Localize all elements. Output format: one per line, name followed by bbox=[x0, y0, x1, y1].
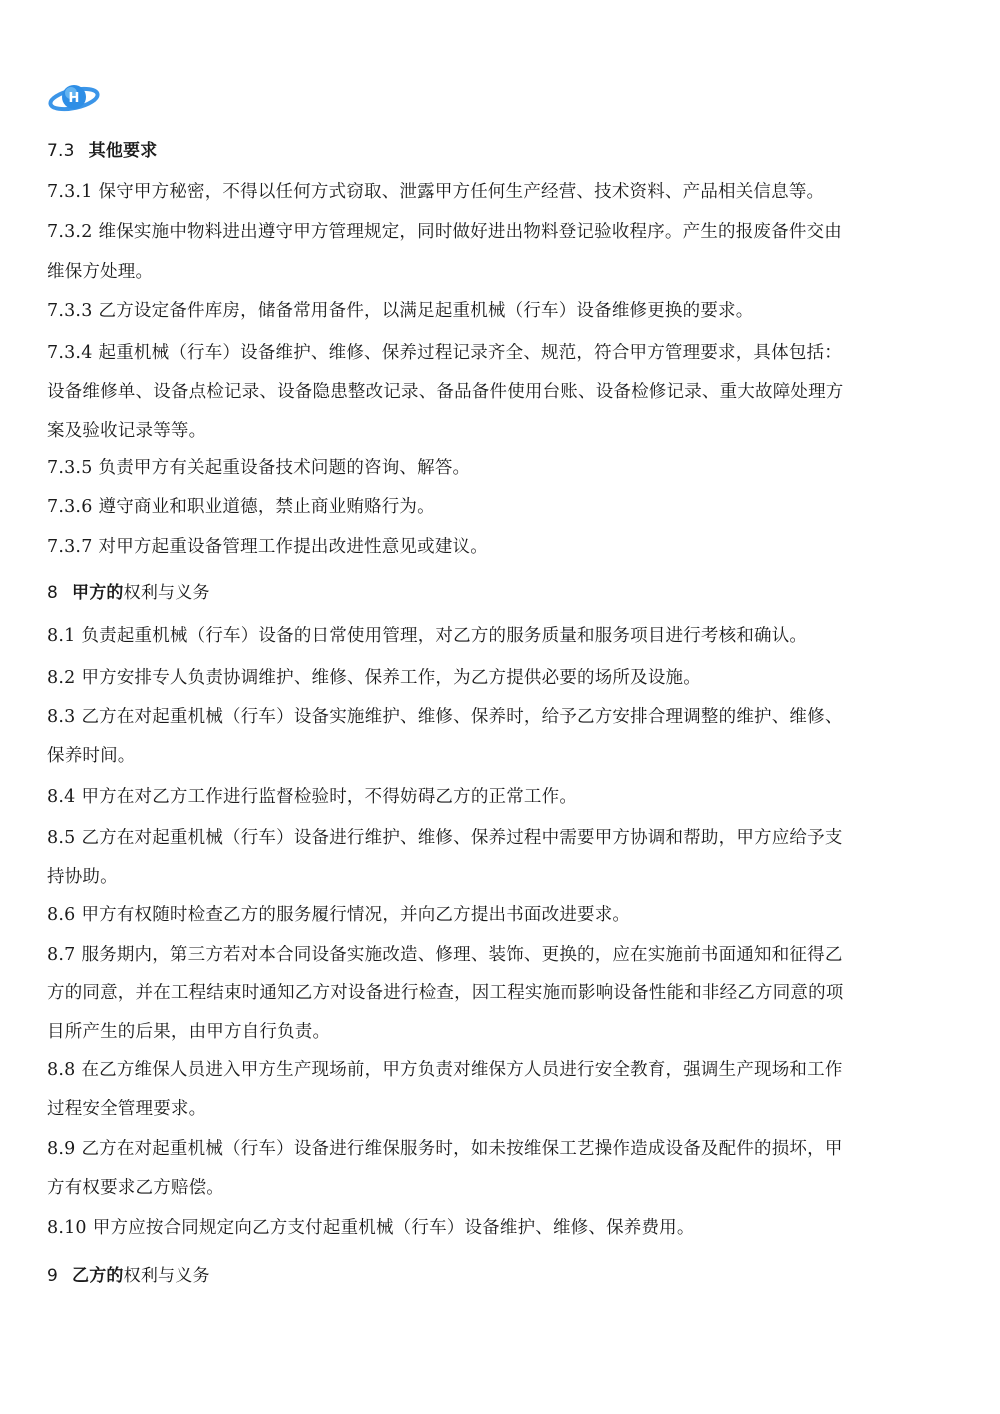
section-number: 9 bbox=[47, 1266, 58, 1286]
paragraph-line: 过程安全管理要求。 bbox=[47, 1097, 206, 1121]
clause-text: 乙方设定备件库房，储备常用备件，以满足起重机械（行车）设备维修更换的要求。 bbox=[99, 301, 754, 321]
paragraph-line: 8.3乙方在对起重机械（行车）设备实施维护、维修、保养时，给予乙方安排合理调整的… bbox=[47, 705, 843, 729]
paragraph-line: 8.2甲方安排专人负责协调维护、维修、保养工作，为乙方提供必要的场所及设施。 bbox=[47, 666, 701, 690]
paragraph-line: 7.3.1保守甲方秘密，不得以任何方式窃取、泄露甲方任何生产经营、技术资料、产品… bbox=[47, 180, 824, 204]
clause-text: 对甲方起重设备管理工作提出改进性意见或建议。 bbox=[99, 537, 488, 557]
clause-number: 7.3.4 bbox=[47, 343, 93, 363]
clause-text: 甲方在对乙方工作进行监督检验时，不得妨碍乙方的正常工作。 bbox=[81, 787, 577, 807]
clause-number: 8.2 bbox=[47, 668, 75, 688]
clause-text: 遵守商业和职业道德，禁止商业贿赂行为。 bbox=[99, 497, 435, 517]
clause-number: 8.5 bbox=[47, 828, 75, 848]
clause-text: 设备维修单、设备点检记录、设备隐患整改记录、备品备件使用台账、设备检修记录、重大… bbox=[47, 382, 844, 402]
clause-text: 方有权要求乙方赔偿。 bbox=[47, 1178, 224, 1198]
clause-text: 服务期内，第三方若对本合同设备实施改造、修理、装饰、更换的，应在实施前书面通知和… bbox=[81, 945, 842, 965]
section-title: 权利与义务 bbox=[124, 583, 210, 603]
clause-text: 过程安全管理要求。 bbox=[47, 1099, 206, 1119]
section-heading: 8甲方的权利与义务 bbox=[47, 581, 210, 605]
clause-text: 负责起重机械（行车）设备的日常使用管理，对乙方的服务质量和服务项目进行考核和确认… bbox=[81, 626, 807, 646]
section-title-bold: 甲方的 bbox=[72, 583, 124, 603]
paragraph-line: 目所产生的后果，由甲方自行负责。 bbox=[47, 1020, 330, 1044]
clause-text: 甲方应按合同规定向乙方支付起重机械（行车）设备维护、维修、保养费用。 bbox=[93, 1218, 695, 1238]
paragraph-line: 8.1负责起重机械（行车）设备的日常使用管理，对乙方的服务质量和服务项目进行考核… bbox=[47, 624, 807, 648]
clause-number: 7.3.5 bbox=[47, 458, 93, 478]
section-number: 7.3 bbox=[47, 141, 75, 161]
section-title-bold: 乙方的 bbox=[72, 1266, 124, 1286]
section-heading: 7.3其他要求 bbox=[47, 139, 157, 163]
clause-text: 乙方在对起重机械（行车）设备实施维护、维修、保养时，给予乙方安排合理调整的维护、… bbox=[81, 707, 842, 727]
paragraph-line: 设备维修单、设备点检记录、设备隐患整改记录、备品备件使用台账、设备检修记录、重大… bbox=[47, 380, 844, 404]
clause-text: 维保方处理。 bbox=[47, 262, 153, 282]
svg-text:H: H bbox=[69, 91, 80, 106]
clause-number: 8.3 bbox=[47, 707, 75, 727]
company-logo: H bbox=[48, 80, 100, 116]
clause-text: 甲方有权随时检查乙方的服务履行情况，并向乙方提出书面改进要求。 bbox=[81, 905, 630, 925]
clause-text: 维保实施中物料进出遵守甲方管理规定，同时做好进出物料登记验收程序。产生的报废备件… bbox=[99, 222, 842, 242]
clause-text: 在乙方维保人员进入甲方生产现场前，甲方负责对维保方人员进行安全教育，强调生产现场… bbox=[81, 1060, 842, 1080]
paragraph-line: 7.3.6遵守商业和职业道德，禁止商业贿赂行为。 bbox=[47, 495, 435, 519]
clause-number: 8.10 bbox=[47, 1218, 87, 1238]
clause-number: 8.7 bbox=[47, 945, 75, 965]
section-title: 权利与义务 bbox=[124, 1266, 210, 1286]
clause-number: 8.6 bbox=[47, 905, 75, 925]
clause-number: 7.3.1 bbox=[47, 182, 93, 202]
clause-number: 8.4 bbox=[47, 787, 75, 807]
paragraph-line: 7.3.7对甲方起重设备管理工作提出改进性意见或建议。 bbox=[47, 535, 488, 559]
clause-text: 负责甲方有关起重设备技术问题的咨询、解答。 bbox=[99, 458, 471, 478]
clause-number: 7.3.2 bbox=[47, 222, 93, 242]
clause-text: 目所产生的后果，由甲方自行负责。 bbox=[47, 1022, 330, 1042]
paragraph-line: 维保方处理。 bbox=[47, 260, 153, 284]
section-title-bold: 其他要求 bbox=[89, 141, 158, 161]
clause-number: 7.3.6 bbox=[47, 497, 93, 517]
clause-text: 案及验收记录等等。 bbox=[47, 421, 206, 441]
paragraph-line: 方有权要求乙方赔偿。 bbox=[47, 1176, 224, 1200]
clause-text: 持协助。 bbox=[47, 867, 118, 887]
paragraph-line: 7.3.4起重机械（行车）设备维护、维修、保养过程记录齐全、规范，符合甲方管理要… bbox=[47, 341, 842, 365]
clause-number: 8.9 bbox=[47, 1139, 75, 1159]
paragraph-line: 8.9乙方在对起重机械（行车）设备进行维保服务时，如未按维保工艺操作造成设备及配… bbox=[47, 1137, 843, 1161]
paragraph-line: 8.8在乙方维保人员进入甲方生产现场前，甲方负责对维保方人员进行安全教育，强调生… bbox=[47, 1058, 843, 1082]
clause-text: 甲方安排专人负责协调维护、维修、保养工作，为乙方提供必要的场所及设施。 bbox=[81, 668, 701, 688]
paragraph-line: 保养时间。 bbox=[47, 744, 136, 768]
clause-text: 乙方在对起重机械（行车）设备进行维保服务时，如未按维保工艺操作造成设备及配件的损… bbox=[81, 1139, 842, 1159]
clause-number: 7.3.7 bbox=[47, 537, 93, 557]
section-heading: 9乙方的权利与义务 bbox=[47, 1264, 210, 1288]
paragraph-line: 8.4甲方在对乙方工作进行监督检验时，不得妨碍乙方的正常工作。 bbox=[47, 785, 577, 809]
clause-number: 7.3.3 bbox=[47, 301, 93, 321]
logo-icon: H bbox=[48, 80, 100, 116]
clause-text: 保守甲方秘密，不得以任何方式窃取、泄露甲方任何生产经营、技术资料、产品相关信息等… bbox=[99, 182, 825, 202]
paragraph-line: 8.7服务期内，第三方若对本合同设备实施改造、修理、装饰、更换的，应在实施前书面… bbox=[47, 943, 843, 967]
paragraph-line: 7.3.2维保实施中物料进出遵守甲方管理规定，同时做好进出物料登记验收程序。产生… bbox=[47, 220, 842, 244]
clause-text: 方的同意，并在工程结束时通知乙方对设备进行检查，因工程实施而影响设备性能和非经乙… bbox=[47, 983, 844, 1003]
clause-text: 保养时间。 bbox=[47, 746, 136, 766]
section-number: 8 bbox=[47, 583, 58, 603]
clause-text: 起重机械（行车）设备维护、维修、保养过程记录齐全、规范，符合甲方管理要求，具体包… bbox=[99, 343, 842, 363]
paragraph-line: 8.10甲方应按合同规定向乙方支付起重机械（行车）设备维护、维修、保养费用。 bbox=[47, 1216, 695, 1240]
paragraph-line: 持协助。 bbox=[47, 865, 118, 889]
paragraph-line: 8.6甲方有权随时检查乙方的服务履行情况，并向乙方提出书面改进要求。 bbox=[47, 903, 630, 927]
clause-text: 乙方在对起重机械（行车）设备进行维护、维修、保养过程中需要甲方协调和帮助，甲方应… bbox=[81, 828, 842, 848]
paragraph-line: 8.5乙方在对起重机械（行车）设备进行维护、维修、保养过程中需要甲方协调和帮助，… bbox=[47, 826, 843, 850]
paragraph-line: 案及验收记录等等。 bbox=[47, 419, 206, 443]
clause-number: 8.1 bbox=[47, 626, 75, 646]
paragraph-line: 方的同意，并在工程结束时通知乙方对设备进行检查，因工程实施而影响设备性能和非经乙… bbox=[47, 981, 844, 1005]
clause-number: 8.8 bbox=[47, 1060, 75, 1080]
paragraph-line: 7.3.5负责甲方有关起重设备技术问题的咨询、解答。 bbox=[47, 456, 470, 480]
paragraph-line: 7.3.3乙方设定备件库房，储备常用备件，以满足起重机械（行车）设备维修更换的要… bbox=[47, 299, 753, 323]
